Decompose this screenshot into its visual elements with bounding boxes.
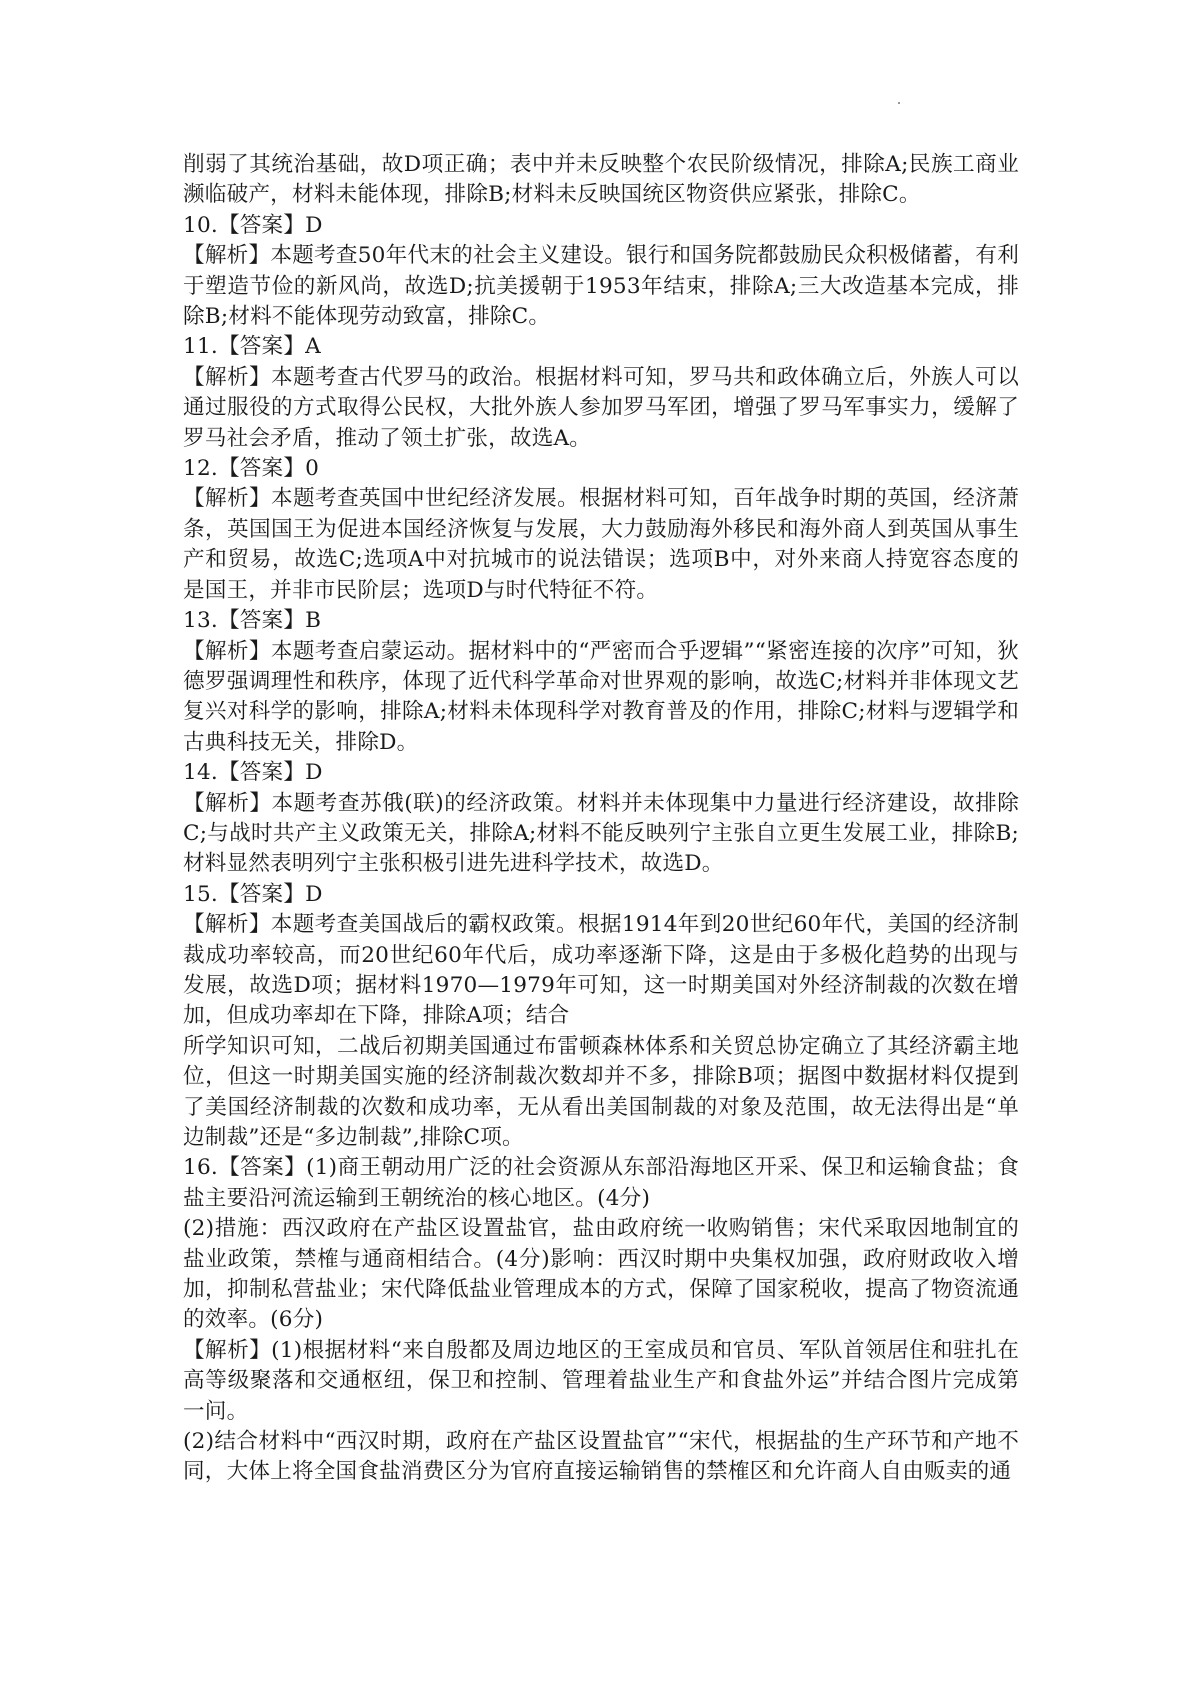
paragraph-q11-explanation: 【解析】本题考查古代罗马的政治。根据材料可知，罗马共和政体确立后，外族人可以通过… (183, 363, 1019, 454)
paragraph-q16-explanation-part2: (2)结合材料中“西汉时期，政府在产盐区设置盐官”“宋代，根据盐的生产环节和产地… (183, 1427, 1019, 1488)
paragraph-q16-answer-part1: 16.【答案】(1)商王朝动用广泛的社会资源从东部沿海地区开采、保卫和运输食盐；… (183, 1153, 1019, 1214)
paragraph-q15-explanation-part1: 【解析】本题考查美国战后的霸权政策。根据1914年到20世纪60年代，美国的经济… (183, 910, 1019, 1032)
paragraph-q16-answer-part2: (2)措施：西汉政府在产盐区设置盐官，盐由政府统一收购销售；宋代采取因地制宜的盐… (183, 1214, 1019, 1336)
paragraph-q10-answer: 10.【答案】D (183, 211, 1019, 241)
paragraph-q12-answer: 12.【答案】0 (183, 454, 1019, 484)
answer-key-page: 削弱了其统治基础，故D项正确；表中并未反映整个农民阶级情况，排除A;民族工商业濒… (183, 150, 1019, 1488)
paragraph-q16-explanation-part1: 【解析】(1)根据材料“来自殷都及周边地区的王室成员和官员、军队首领居住和驻扎在… (183, 1336, 1019, 1427)
paragraph-q15-explanation-part2: 所学知识可知，二战后初期美国通过布雷顿森林体系和关贸总协定确立了其经济霸主地位，… (183, 1032, 1019, 1154)
paragraph-q9-explanation-tail: 削弱了其统治基础，故D项正确；表中并未反映整个农民阶级情况，排除A;民族工商业濒… (183, 150, 1019, 211)
paragraph-q14-answer: 14.【答案】D (183, 758, 1019, 788)
paragraph-q10-explanation: 【解析】本题考查50年代末的社会主义建设。银行和国务院都鼓励民众积极储蓄，有利于… (183, 241, 1019, 332)
paragraph-q14-explanation: 【解析】本题考查苏俄(联)的经济政策。材料并未体现集中力量进行经济建设，故排除C… (183, 789, 1019, 880)
paragraph-q12-explanation: 【解析】本题考查英国中世纪经济发展。根据材料可知，百年战争时期的英国，经济萧条，… (183, 484, 1019, 606)
scan-speck (898, 102, 900, 104)
paragraph-q15-answer: 15.【答案】D (183, 880, 1019, 910)
paragraph-q13-answer: 13.【答案】B (183, 606, 1019, 636)
paragraph-q11-answer: 11.【答案】A (183, 332, 1019, 362)
paragraph-q13-explanation: 【解析】本题考查启蒙运动。据材料中的“严密而合乎逻辑”“紧密连接的次序”可知，狄… (183, 637, 1019, 759)
